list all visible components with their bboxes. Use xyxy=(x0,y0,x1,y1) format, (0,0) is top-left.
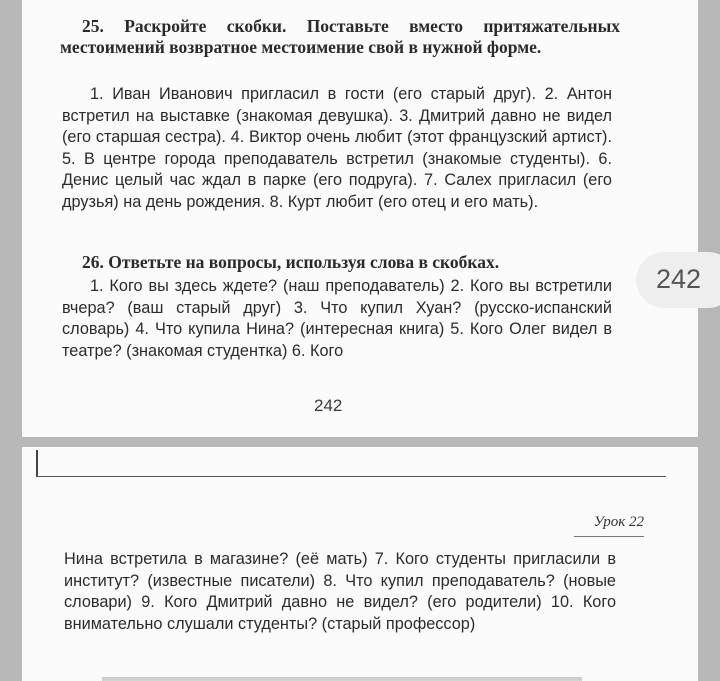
exercise-25-title: 25. Раскройте скобки. Поставьте вместо п… xyxy=(60,16,620,58)
cutoff-next-exercise xyxy=(102,677,582,681)
page-number: 242 xyxy=(314,396,342,416)
exercise-25-body: 1. Иван Иванович пригласил в гости (его … xyxy=(62,84,612,213)
page-divider-line xyxy=(36,476,666,477)
running-header: Урок 22 xyxy=(594,514,644,531)
page-indicator-number: 242 xyxy=(656,264,701,295)
exercise-26-body: 1. Кого вы здесь ждете? (наш преподавате… xyxy=(62,276,612,362)
exercise-26-title: 26. Ответьте на вопросы, используя слова… xyxy=(60,252,620,273)
exercise-26-continued: Нина встретила в магазине? (её мать) 7. … xyxy=(64,549,616,635)
document-page-243: Урок 22 Нина встретила в магазине? (её м… xyxy=(22,447,698,681)
running-header-underline xyxy=(574,536,644,537)
document-page-242: 25. Раскройте скобки. Поставьте вместо п… xyxy=(22,0,698,437)
page-edge-line xyxy=(36,450,38,477)
